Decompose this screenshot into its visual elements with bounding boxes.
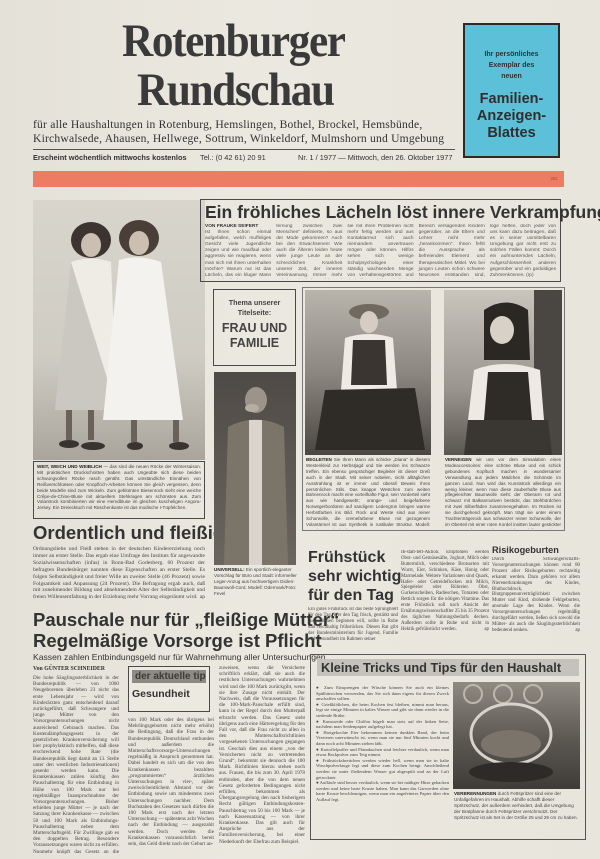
man-figure-illustration bbox=[214, 372, 296, 565]
headline-laecheln: Ein fröhliches Lächeln löst innere Verkr… bbox=[205, 202, 556, 222]
tip-box: der aktuelle tip Gesundheit bbox=[128, 666, 210, 712]
info-publish: Erscheint wöchentlich mittwochs kostenlo… bbox=[33, 153, 187, 162]
caption-left-lead: WEIT, WEICH UND WEIBLICH bbox=[37, 464, 102, 469]
laecheln-col5: loge helfen, doch jeder von uns kann daz… bbox=[490, 224, 556, 279]
masthead-title-line2: Rundschau bbox=[137, 67, 334, 113]
headline-fruehstueck-2: sehr wichtig bbox=[308, 567, 401, 586]
laecheln-col1: VON FRAUKE SEIFERTIst Ihnen schon einmal… bbox=[205, 224, 271, 279]
caption-mid1-text: Sie Ihren Mann als schicke „Diana“ in di… bbox=[306, 457, 430, 529]
tricks-list: ● Zum Einsprengen der Wäsche können Sie … bbox=[316, 685, 449, 837]
fruehstueck-col1: Ein gutes Frühstück ist das beste Sprung… bbox=[308, 607, 398, 647]
promo-line2: Exemplar des bbox=[465, 60, 558, 71]
tip-text: Hartgekochte Eier bekommen keinen dunkle… bbox=[316, 730, 449, 746]
photo-woman-headscarf bbox=[444, 290, 562, 455]
caption-left-text: — das sind die neuen Röcke der Wintersai… bbox=[37, 464, 201, 510]
thema-big1: FRAU UND bbox=[214, 321, 295, 336]
info-issue: Nr. 1 / 1977 — Mittwoch, den 26. Oktober… bbox=[298, 153, 452, 162]
promo-big2: Anzeigen- bbox=[465, 108, 558, 125]
tip-text: Aufläufe sind besser verdaulich, wenn si… bbox=[316, 780, 449, 802]
tip-topic: Gesundheit bbox=[132, 688, 206, 700]
body-ordentlich: Ordnungsliebe und Fleiß stehen in der de… bbox=[33, 546, 205, 608]
tip-item: ● Kartoffelpuffer und Pfannkuchen sind l… bbox=[316, 747, 449, 758]
promo-line1: Ihr persönliches bbox=[465, 49, 558, 60]
risiko-body: Durch Schwangerschafts-Vorsorgeuntersuch… bbox=[492, 557, 580, 647]
headline-fruehstueck-3: für den Tag bbox=[308, 586, 394, 605]
signature-risiko: ap bbox=[575, 628, 580, 634]
byline-pauschale: Von GÜNTER SCHNEIDER bbox=[33, 666, 105, 672]
thema-line1: Thema unserer bbox=[214, 298, 295, 308]
tip-text: Kunstseide oder Chiffon bügelt man stets… bbox=[316, 719, 449, 730]
headline-pauschale-1: Pauschale nur für „fleißige Mütter“ bbox=[33, 609, 339, 630]
tip-item: ● Zum Einsprengen der Wäsche können Sie … bbox=[316, 685, 449, 702]
masthead-subtitle-line2: Kirchwalsede, Ahausen, Hellwege, Sottrum… bbox=[33, 132, 444, 145]
headline-ordentlich: Ordentlich und fleißig bbox=[33, 522, 224, 544]
caption-mid2-lead: VERNEIGEN bbox=[445, 457, 472, 462]
tip-text: Kartoffelpuffer und Pfannkuchen sind lei… bbox=[316, 747, 449, 758]
caption-mid2: VERNEIGEN wir uns vor dem Simsalabim ein… bbox=[445, 457, 561, 529]
promo-big1: Familien- bbox=[465, 91, 558, 108]
caption-mid1-lead: BEGLEITEN bbox=[306, 457, 332, 462]
photo-two-women-skirts bbox=[33, 200, 205, 460]
pauschale-col2: von 100 Mark oder des übrigens bei Mehrl… bbox=[128, 717, 214, 855]
photo-splatter-guard bbox=[453, 682, 580, 789]
body-ordentlich-text: Ordnungsliebe und Fleiß stehen in der de… bbox=[33, 546, 205, 600]
promo-big3: Blattes bbox=[465, 125, 558, 142]
tip-text: Frühstücksbrettchen werden wieder hell, … bbox=[316, 758, 449, 780]
pauschale-col3-text: zuweisen, wenn die Versicherte schriftli… bbox=[219, 665, 305, 845]
headline-risiko: Risikogeburten bbox=[492, 545, 559, 555]
laecheln-col4: Bereich versagenden Kindern gegenüber, a… bbox=[419, 224, 485, 279]
laecheln-col2: fernung zwischen zwei Menschen“ definier… bbox=[276, 224, 342, 279]
tricks-headline-bar: Kleine Tricks und Tips für den Haushalt bbox=[317, 659, 579, 676]
tip-item: ● Frühstücksbrettchen werden wieder hell… bbox=[316, 758, 449, 780]
signature-ordentlich: ap bbox=[200, 594, 205, 601]
headline-pauschale-2: Regelmäßige Vorsorge ist Pflicht bbox=[33, 630, 322, 651]
tip-item: ● Aufläufe sind besser verdaulich, wenn … bbox=[316, 780, 449, 802]
masthead-rule bbox=[33, 149, 455, 150]
headline-fruehstueck-1: Frühstück bbox=[308, 548, 385, 567]
byline-laecheln: VON FRAUKE SEIFERT bbox=[205, 224, 258, 229]
page-code: 281 bbox=[550, 176, 558, 181]
tip-text: Zum Einsprengen der Wäsche können Sie au… bbox=[316, 685, 449, 701]
newspaper-page: Rotenburger Rundschau für alle Haushaltu… bbox=[0, 0, 600, 859]
pauschale-col1: Die hohe Säuglingssterblichkeit in der B… bbox=[33, 675, 119, 855]
article-laecheln-box: Ein fröhliches Lächeln löst innere Verkr… bbox=[200, 199, 561, 282]
masthead-title-line1: Rotenburger bbox=[122, 18, 345, 64]
info-phone: Tel.: (0 42 61) 20 91 bbox=[200, 153, 266, 162]
woman-headscarf-illustration bbox=[444, 290, 562, 455]
thema-line2: Titelseite: bbox=[214, 308, 295, 318]
laecheln-columns: VON FRAUKE SEIFERTIst Ihnen schon einmal… bbox=[205, 224, 556, 279]
promo-line3: neuen bbox=[465, 71, 558, 82]
caption-man: UNIVERSELL: Ein sportlich-eleganter Vors… bbox=[214, 567, 298, 597]
caption-left-photo: WEIT, WEICH UND WEIBLICH — das sind die … bbox=[33, 461, 205, 519]
caption-tricks-lead: VERBRENNUNGEN bbox=[454, 791, 496, 796]
photo-woman-hat bbox=[305, 290, 431, 455]
tip-item: ● Grießklößchen, die beim Kochen fest bl… bbox=[316, 702, 449, 719]
tip-text: Grießklößchen, die beim Kochen fest blei… bbox=[316, 702, 449, 718]
women-figures-illustration bbox=[33, 200, 205, 460]
caption-man-lead: UNIVERSELL: bbox=[214, 567, 245, 572]
thema-box: Thema unserer Titelseite: FRAU UND FAMIL… bbox=[213, 289, 296, 366]
risiko-body-text: Durch Schwangerschafts-Vorsorgeuntersuch… bbox=[492, 557, 580, 633]
photo-man-suit bbox=[214, 372, 296, 565]
headline-tricks: Kleine Tricks und Tips für den Haushalt bbox=[321, 660, 575, 675]
caption-mid1: BEGLEITEN Sie Ihren Mann als schicke „Di… bbox=[306, 457, 430, 529]
caption-mid2-text: wir uns vor dem Simsalabim eines Modeacc… bbox=[445, 457, 561, 529]
signature-fruehstueck: ap bbox=[484, 627, 489, 633]
thema-big2: FAMILIE bbox=[214, 336, 295, 351]
fruehstueck-col2-text: Iß-statt-fett-Aktion. Empfohlen werden O… bbox=[401, 550, 489, 632]
pauschale-col3: zuweisen, wenn die Versicherte schriftli… bbox=[219, 665, 305, 853]
woman-hat-illustration bbox=[305, 290, 431, 455]
laecheln-col1-text: Ist Ihnen schon einmal aufgefallen, welc… bbox=[205, 230, 271, 279]
orange-banner: 281 bbox=[33, 171, 564, 187]
tip-label: der aktuelle tip bbox=[132, 670, 206, 683]
fruehstueck-col2: Iß-statt-fett-Aktion. Empfohlen werden O… bbox=[401, 550, 489, 646]
tip-item: ● Kunstseide oder Chiffon bügelt man ste… bbox=[316, 719, 449, 730]
laecheln-col3: sie mit ihren Problemen nicht mehr ferti… bbox=[347, 224, 413, 279]
tip-item: ● Hartgekochte Eier bekommen keinen dunk… bbox=[316, 730, 449, 747]
masthead-subtitle-line1: für alle Haushaltungen in Rotenburg, Hem… bbox=[33, 118, 422, 131]
caption-tricks-photo: VERBRENNUNGEN durch Fettspritzer sind ei… bbox=[454, 791, 580, 837]
promo-box: Ihr persönliches Exemplar des neuen Fami… bbox=[463, 23, 560, 158]
subheadline-pauschale: Kassen zahlen Entbindungsgeld nur für Wa… bbox=[33, 652, 326, 662]
pan-illustration bbox=[453, 682, 580, 789]
